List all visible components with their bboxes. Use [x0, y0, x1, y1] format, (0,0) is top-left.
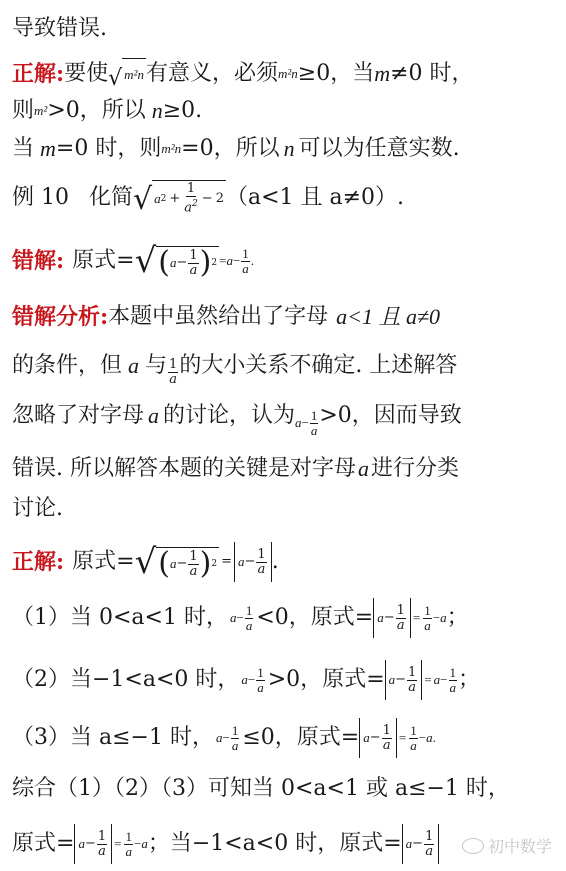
text-line: 忽略了对字母 a 的讨论，认为 a − 1a >0，因而导致 [12, 394, 462, 438]
radical-sign-icon: √ [135, 244, 157, 278]
numerator: 1 [168, 358, 178, 373]
wrong-label: 错解: [12, 246, 64, 276]
math-expr: a − 1a [295, 408, 319, 438]
math-var: n [284, 134, 295, 164]
operator: = [114, 829, 121, 859]
correct-label: 正解: [12, 59, 64, 89]
math-expr: a − 1a [230, 603, 254, 633]
radical-sign-icon: √ [133, 185, 152, 215]
fraction: 1a [310, 409, 319, 438]
radicand: ( a − 1a )2 [156, 246, 219, 278]
text-line: 当 m =0 时，则 m²n =0，所以 n 可以为任意实数. [12, 134, 460, 164]
exponent: 2 [211, 248, 217, 278]
text-line: 导致错误. [12, 14, 107, 44]
operator: − [85, 829, 96, 859]
text-line: 的条件，但 a 与 1a 的大小关系不确定. 上述解答 [12, 344, 457, 387]
case-number: （3） [12, 723, 70, 753]
numerator: 1 [256, 548, 266, 563]
operator: = [219, 246, 226, 276]
text: 原式= [12, 829, 74, 859]
denominator: a [257, 681, 264, 695]
text: 原式= [72, 547, 134, 577]
case-line: （1） 当 0<a<1 时， a − 1a <0， 原式= a − 1a = 1… [12, 598, 469, 638]
numerator: 1 [231, 724, 240, 739]
fraction: 1a [382, 724, 392, 753]
math-var: n [152, 96, 163, 126]
denominator: a2 [184, 197, 198, 215]
text: 本题中虽然给出了字母 [108, 302, 328, 332]
example-line: 例 10 化简 √ a2 + 1 a2 − 2 （a<1 且 a≠0）. [12, 180, 404, 215]
operator: − [202, 184, 213, 214]
sqrt-expression: √ a2 + 1 a2 − 2 [133, 180, 226, 215]
text: 与 [145, 351, 167, 381]
absolute-value: a − 1a [359, 718, 397, 758]
case-condition: 当 0<a<1 时， [70, 603, 228, 633]
text: ≤0， [242, 723, 296, 753]
operator: − [176, 549, 187, 579]
fraction: 1a [409, 724, 418, 753]
text: =0，所以 [181, 134, 279, 164]
text: 讨论. [12, 494, 63, 524]
denominator: a [397, 619, 405, 633]
analysis-label: 错解分析: [12, 302, 108, 332]
case-condition: 当 a≤−1 时， [70, 723, 214, 753]
numerator: 1 [241, 247, 250, 262]
case-line: （3） 当 a≤−1 时， a − 1a ≤0， 原式= a − 1a = 1a… [12, 718, 436, 758]
text: ≥0. [163, 96, 202, 126]
operator: − [176, 248, 187, 278]
radicand: ( a − 1a )2 [156, 547, 219, 579]
text: 要使 [64, 59, 108, 89]
summary-line: 综合（1）（2）（3）可知当 0<a<1 或 a≤−1 时， [12, 774, 510, 804]
fraction: 1a [407, 666, 417, 695]
operator: − [440, 665, 447, 695]
text-leading: 导致错误. [12, 14, 107, 44]
math-result: = 1a − a [112, 829, 148, 859]
math-expr: m²n [161, 134, 181, 164]
text: 错误. 所以解答本题的关键是对字母 [12, 454, 356, 484]
math-result: = 1a − a . [397, 723, 436, 753]
absolute-value: a − 1a [402, 824, 440, 864]
math-var: a [358, 454, 369, 484]
sqrt-expression: √ ( a − 1a )2 [135, 244, 220, 278]
operator: − [222, 723, 229, 753]
operator: − [412, 829, 423, 859]
case-line: （2） 当−1<a<0 时， a − 1a >0， 原式= a − 1a = a… [12, 660, 480, 700]
math-var: a [128, 351, 139, 381]
denominator: a [190, 264, 198, 278]
summary-text: 综合（1）（2）（3）可知当 0<a<1 或 a≤−1 时， [12, 774, 510, 804]
denominator: a [98, 845, 106, 859]
fraction: 1a [241, 247, 250, 276]
numerator: 1 [188, 550, 198, 565]
fraction: 1a [256, 666, 265, 695]
numerator: 1 [310, 409, 319, 424]
operator: − [245, 547, 256, 577]
numerator: 1 [409, 724, 418, 739]
math-var: a [148, 401, 159, 431]
exponent: 2 [161, 184, 167, 214]
math-expr: m²n [278, 59, 298, 89]
numerator: 1 [382, 724, 392, 739]
text: 原式= [297, 723, 359, 753]
math-expr: m² [34, 96, 47, 126]
example-label: 例 10 [12, 183, 69, 213]
denominator: a [246, 619, 253, 633]
operator: − [395, 665, 406, 695]
fraction: 1a [245, 604, 254, 633]
numerator: 1 [124, 830, 133, 845]
denominator: a [169, 373, 177, 387]
fraction: 1a [396, 604, 406, 633]
denominator: a [424, 619, 431, 633]
numerator: 1 [423, 604, 432, 619]
punct: . [251, 246, 254, 276]
text-line: 讨论. [12, 494, 63, 524]
text: 原式= [311, 603, 373, 633]
numerator: 1 [407, 666, 417, 681]
text: 忽略了对字母 [12, 401, 144, 431]
exponent: 2 [211, 549, 217, 579]
denominator: a [425, 845, 433, 859]
denominator: a [242, 262, 249, 276]
denominator: a [311, 424, 318, 438]
operator: − [302, 408, 309, 438]
text: >0， [268, 665, 322, 695]
analysis-line: 错解分析: 本题中虽然给出了字母 a<1 且 a≠0 [12, 302, 440, 332]
math-expr: a − 1a [216, 723, 240, 753]
radical-sign-icon: √ [108, 68, 122, 90]
text: =0 时，则 [56, 134, 161, 164]
paren: ( [158, 549, 170, 579]
text: 原式= [322, 665, 384, 695]
text: 进行分类 [371, 454, 459, 484]
operator: − [384, 603, 395, 633]
fraction: 1a [423, 604, 432, 633]
correct-solution-line: 正解: 原式= √ ( a − 1a )2 = a − 1a . [12, 542, 279, 582]
operator: = [221, 547, 232, 577]
text: <0， [256, 603, 310, 633]
punct: . [433, 723, 436, 753]
absolute-value: a − 1a [74, 824, 112, 864]
text: 有意义，必须 [146, 59, 278, 89]
math-result: = a − 1a . [219, 246, 254, 276]
fraction: 1a [188, 249, 198, 278]
wrong-solution-line: 错解: 原式= √ ( a − 1a )2 = a − 1a . [12, 244, 254, 278]
absolute-value: a − 1a [385, 660, 423, 700]
denominator: a [410, 739, 417, 753]
numerator: 1 [97, 830, 107, 845]
operator: = [399, 723, 406, 753]
text: 的大小关系不确定. 上述解答 [179, 351, 457, 381]
fraction: 1a [424, 830, 434, 859]
numerator: 1 [186, 182, 196, 197]
case-number: （2） [12, 665, 70, 695]
fraction: 1a [449, 666, 458, 695]
math-expr: a − 1a [241, 665, 265, 695]
text: 化简 [89, 183, 133, 213]
text: >0，因而导致 [319, 401, 461, 431]
radicand: m²n [122, 58, 146, 90]
correct-solution-line: 正解: 要使 √ m²n 有意义，必须 m²n ≥0，当 m ≠0 时， [12, 58, 474, 90]
math-var: m [40, 134, 56, 164]
operator: − [433, 603, 440, 633]
fraction: 1 a2 [184, 182, 198, 215]
text: ；当−1<a<0 时，原式= [148, 829, 402, 859]
numerator: 1 [449, 666, 458, 681]
text-line: 错误. 所以解答本题的关键是对字母 a 进行分类 [12, 454, 459, 484]
correct-label: 正解: [12, 547, 64, 577]
numerator: 1 [256, 666, 265, 681]
denominator: a [258, 563, 266, 577]
numerator: 1 [245, 604, 254, 619]
denominator: a [450, 681, 457, 695]
radical-sign-icon: √ [135, 545, 157, 579]
wechat-icon [462, 838, 484, 854]
fraction: 1a [188, 550, 198, 579]
numerator: 1 [424, 830, 434, 845]
sqrt-expression: √ m²n [108, 58, 146, 90]
operator: − [419, 723, 426, 753]
denominator: a [190, 565, 198, 579]
text: 原式= [72, 246, 134, 276]
condition: （a<1 且 a≠0）. [226, 183, 404, 213]
fraction: 1a [97, 830, 107, 859]
math-result: = 1a − a [411, 603, 447, 633]
fraction: 1a [231, 724, 240, 753]
watermark-text: 初中数学 [488, 834, 552, 857]
absolute-value: a − 1a [234, 542, 272, 582]
case-condition: 当−1<a<0 时， [70, 665, 239, 695]
paren: ( [158, 248, 170, 278]
number: 2 [216, 184, 224, 214]
operator: = [424, 665, 431, 695]
summary-line: 原式= a − 1a = 1a − a ；当−1<a<0 时，原式= a − 1… [12, 824, 439, 864]
operator: − [370, 723, 381, 753]
text: 的条件，但 [12, 351, 122, 381]
numerator: 1 [188, 249, 198, 264]
punct: ； [447, 603, 469, 633]
fraction: 1a [256, 548, 266, 577]
operator: + [169, 184, 180, 214]
radicand: a2 + 1 a2 − 2 [152, 180, 226, 215]
fraction: 1a [168, 358, 178, 387]
numerator: 1 [396, 604, 406, 619]
text: 当 [12, 134, 34, 164]
denominator: a [232, 739, 239, 753]
text: >0，所以 [47, 96, 145, 126]
absolute-value: a − 1a [373, 598, 411, 638]
text: ≠0 时， [390, 59, 473, 89]
punct: . [272, 547, 279, 577]
denominator: a [408, 681, 416, 695]
sqrt-expression: √ ( a − 1a )2 [135, 545, 220, 579]
text-line: 则 m² >0，所以 n ≥0. [12, 96, 202, 126]
exponent: 2 [192, 199, 198, 209]
math-var: a [184, 200, 192, 215]
operator: − [236, 603, 243, 633]
fraction: 1a [124, 830, 133, 859]
punct: ； [458, 665, 480, 695]
case-number: （1） [12, 603, 70, 633]
text: 可以为任意实数. [299, 134, 460, 164]
paren: ) [200, 248, 212, 278]
math-var: m [374, 59, 390, 89]
text: 的讨论，认为 [163, 401, 295, 431]
text: ≥0，当 [298, 59, 374, 89]
denominator: a [383, 739, 391, 753]
condition: a<1 且 a≠0 [336, 302, 440, 332]
operator: − [233, 246, 240, 276]
text: 则 [12, 96, 34, 126]
operator: = [413, 603, 420, 633]
operator: − [248, 665, 255, 695]
denominator: a [125, 845, 132, 859]
math-result: = a − 1a [422, 665, 458, 695]
paren: ) [200, 549, 212, 579]
watermark: 初中数学 [462, 834, 552, 857]
operator: − [134, 829, 141, 859]
